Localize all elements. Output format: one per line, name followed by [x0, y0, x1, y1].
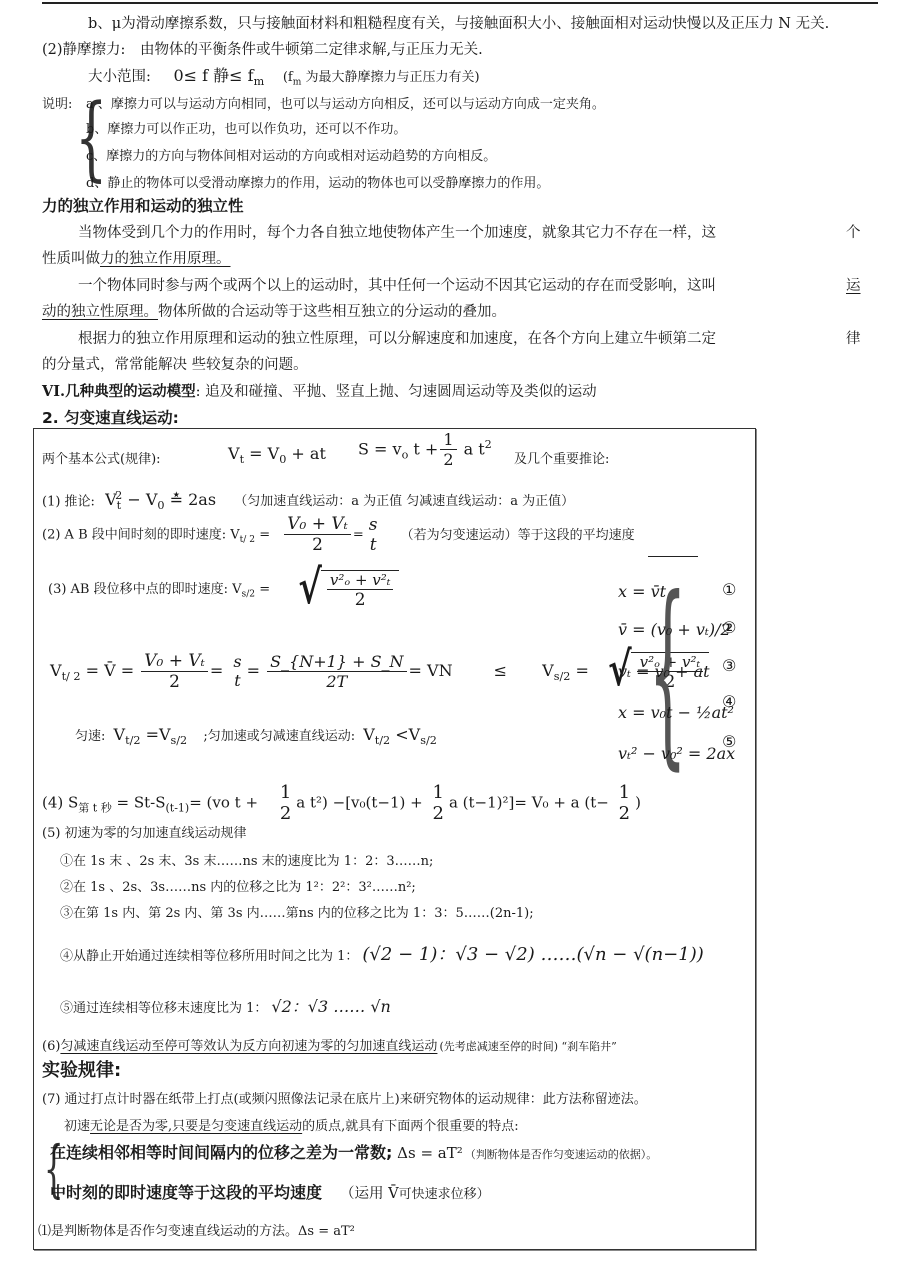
system-mark-5: ⑤: [722, 732, 736, 751]
paragraph-2c: 动的独立性原理。物体所做的合运动等于这些相互独立的分运动的叠加。: [42, 300, 506, 321]
static-friction-title: (2)静摩擦力:: [42, 42, 125, 58]
range-line: 大小范围: 0≤ f 静≤ fm (fm 为最大静摩擦力与正压力有关): [88, 63, 480, 88]
models-line: VI.几种典型的运动模型: 追及和碰撞、平抛、竖直上抛、匀速圆周运动等及类似的运…: [42, 380, 597, 401]
static-friction-desc: 由物体的平衡条件或牛顿第二定律求解,与正压力无关.: [140, 42, 483, 58]
notes-label: 说明:: [42, 93, 72, 112]
rule-5-item-5: ⑤通过连续相等位移末速度比为 1：√2：√3 …… √n: [60, 994, 391, 1017]
note-c: c、摩擦力的方向与物体间相对运动的方向或相对运动趋势的方向相反。: [86, 145, 496, 164]
range-note: (fm 为最大静摩擦力与正压力有关): [283, 70, 480, 85]
system-eq-3: vₜ = v₀ + at: [618, 662, 710, 681]
paragraph-1c: 性质叫做力的独立作用原理。: [42, 247, 231, 268]
static-friction-line: (2)静摩擦力: 由物体的平衡条件或牛顿第二定律求解,与正压力无关.: [42, 38, 483, 59]
velocity-chain: Vt/ 2 = V̄ = V₀ + Vₜ2= st= S_{N+1} + S_N…: [50, 652, 709, 691]
system-eq-1: x = v̄t: [618, 582, 666, 601]
feature-1: 在连续相邻相等时间间隔内的位移之差为一常数; Δs = aT²（判断物体是否作匀…: [50, 1140, 657, 1163]
rule-1: (1) 推论: Vt2 − V0 ≛ 2as （匀加速直线运动：a 为正值 匀减…: [42, 489, 574, 513]
rule-2: (2) A B 段中间时刻的即时速度: Vt/ 2 = V₀ + Vₜ2=st …: [42, 516, 635, 554]
system-eq-2: v̄ = (v₀ + vₜ)/2: [618, 620, 731, 639]
paragraph-1b: 个: [846, 221, 861, 242]
note-d: d、静止的物体可以受滑动摩擦力的作用，运动的物体也可以受静摩擦力的作用。: [86, 172, 549, 191]
friction-line-b: b、μ为滑动摩擦系数，只与接触面材料和粗糙程度有关，与接触面积大小、接触面相对运…: [88, 12, 829, 33]
feature-2: 中时刻的即时速度等于这段的平均速度（运用 V̄可快速求位移）: [50, 1180, 490, 1203]
motion-independence-principle: 动的独立性原理。: [42, 304, 158, 320]
rule-5-item-4: ④从静止开始通过连续相等位移所用时间之比为 1：(√2 − 1)：√3 − √2…: [60, 940, 704, 966]
rule-5-item-1: ①在 1s 末 、2s 末、3s 末……ns 末的速度比为 1：2：3……n;: [60, 850, 433, 869]
models-desc: : 追及和碰撞、平抛、竖直上抛、匀速圆周运动等及类似的运动: [196, 384, 597, 400]
paragraph-1a: 当物体受到几个力的作用时，每个力各自独立地使物体产生一个加速度，就象其它力不存在…: [78, 221, 716, 242]
formula-velocity: Vt = V0 + at: [228, 444, 326, 466]
top-rule: [42, 2, 878, 4]
system-eq-5: vₜ² − v₀² = 2ax: [618, 744, 735, 763]
independent-action-principle: 力的独立作用原理。: [100, 251, 231, 267]
range-formula: 0≤ f 静≤ fm: [174, 66, 265, 85]
system-eq-4: x = v₀t − ½at²: [618, 703, 734, 722]
rule-5-item-2: ②在 1s 、2s、3s……ns 内的位移之比为 1²：2²：3²……n²;: [60, 876, 416, 895]
system-mark-2: ②: [722, 618, 736, 637]
rule-7-sub: 初速无论是否为零,只要是匀变速直线运动的质点,就具有下面两个很重要的特点:: [64, 1115, 519, 1134]
system-mark-4: ④: [722, 692, 736, 711]
rule-7: (7) 通过打点计时器在纸带上打点(或频闪照像法记录在底片上)来研究物体的运动规…: [42, 1088, 647, 1107]
paragraph-2-u1: 运: [846, 274, 861, 295]
final-note: ⑴是判断物体是否作匀变速直线运动的方法。Δs = aT²: [38, 1220, 355, 1239]
models-heading: VI.几种典型的运动模型: [42, 383, 196, 400]
system-mark-1: ①: [722, 580, 736, 599]
note-b: b、摩擦力可以作正功，也可以作负功，还可以不作功。: [86, 118, 406, 137]
paragraph-3a: 根据力的独立作用原理和运动的独立性原理，可以分解速度和加速度，在各个方向上建立牛…: [78, 327, 716, 348]
experiment-heading: 实验规律:: [42, 1056, 121, 1082]
rule-5-heading: (5) 初速为零的匀加速直线运动规律: [42, 822, 247, 841]
inferences-label: 及几个重要推论:: [514, 448, 609, 467]
note-a: a 、摩擦力可以与运动方向相同，也可以与运动方向相反，还可以与运动方向成一定夹角…: [86, 93, 605, 112]
rule-3: (3) AB 段位移中点的即时速度: Vs/2 = √v²ₒ + v²ₜ2: [48, 570, 399, 609]
section2-heading: 2. 匀变速直线运动:: [42, 406, 179, 428]
paragraph-3c: 的分量式，常常能解决 些较复杂的问题。: [42, 353, 308, 374]
basic-formulas-label: 两个基本公式(规律):: [42, 448, 161, 467]
rule-6: (6)匀减速直线运动至停可等效认为反方向初速为零的匀加速直线运动(先考虑减速至停…: [42, 1035, 617, 1054]
rule-5-item-3: ③在第 1s 内、第 2s 内、第 3s 内……第ns 内的位移之比为 1：3：…: [60, 902, 534, 921]
rule-6-underlined: 匀减速直线运动至停可等效认为反方向初速为零的匀加速直线运动: [60, 1039, 437, 1054]
range-label: 大小范围:: [88, 69, 151, 85]
uniform-line: 匀速: Vt/2 =Vs/2 ;匀加速或匀减速直线运动: Vt/2 <Vs/2: [75, 725, 437, 747]
system-mark-3: ③: [722, 656, 736, 675]
rule-4: (4) S第 t 秒 = St-S(t-1)= (vo t + 12a t²) …: [42, 784, 641, 823]
paragraph-2a: 一个物体同时参与两个或两个以上的运动时，其中任何一个运动不因其它运动的存在而受影…: [78, 274, 716, 295]
formula-displacement: S = vo t +12 a t2: [358, 432, 492, 468]
sqrt-icon: √: [298, 564, 322, 615]
independence-heading: 力的独立作用和运动的独立性: [42, 194, 244, 216]
paragraph-3b: 律: [846, 327, 861, 348]
